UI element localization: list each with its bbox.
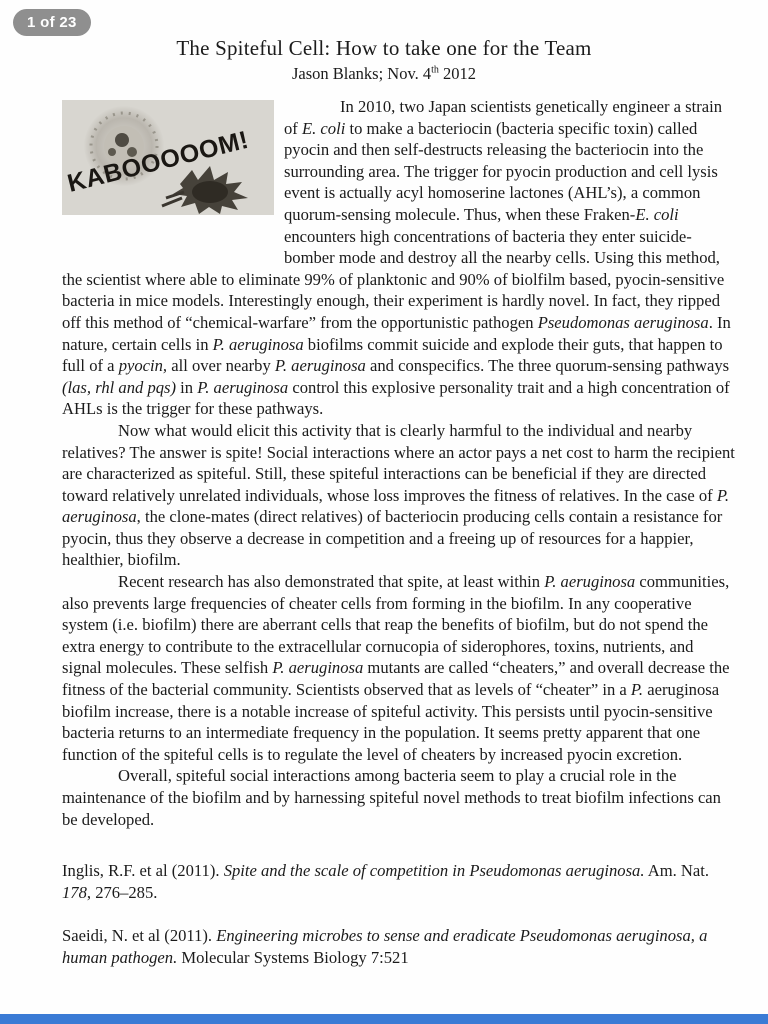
reference-1: Inglis, R.F. et al (2011). Spite and the… (62, 860, 735, 903)
explosion-cartoon-image: KABOOOOOM! (62, 100, 274, 215)
reference-2: Saeidi, N. et al (2011). Engineering mic… (62, 925, 735, 968)
body-paragraph-2: Now what would elicit this activity that… (62, 420, 735, 571)
explosion-cartoon-figure: KABOOOOOM! (62, 100, 274, 250)
page-indicator-badge: 1 of 23 (13, 9, 91, 36)
document-byline: Jason Blanks; Nov. 4th 2012 (0, 64, 768, 84)
document-title: The Spiteful Cell: How to take one for t… (0, 36, 768, 61)
references-section: Inglis, R.F. et al (2011). Spite and the… (62, 860, 735, 968)
document-page: 1 of 23 The Spiteful Cell: How to take o… (0, 0, 768, 1024)
body-paragraph-4: Overall, spiteful social interactions am… (62, 765, 735, 830)
body-paragraph-3: Recent research has also demonstrated th… (62, 571, 735, 765)
document-body: KABOOOOOM! In 2010, two Japan scientists… (62, 96, 735, 969)
bottom-accent-bar (0, 1014, 768, 1024)
